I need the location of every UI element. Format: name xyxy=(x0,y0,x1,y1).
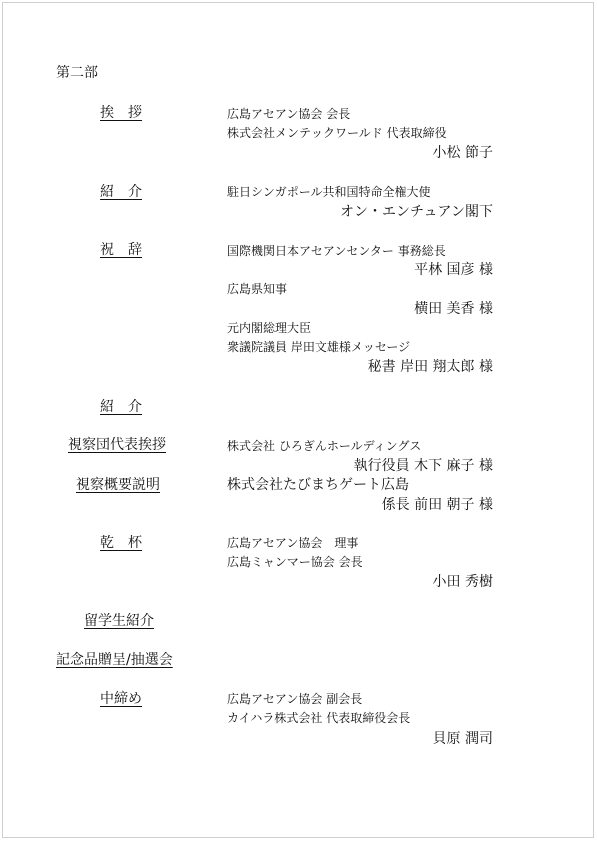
program-label-gift-lottery: 記念品贈呈/抽選会 xyxy=(56,653,173,667)
speaker-name: 横田 美香 様 xyxy=(414,302,493,316)
speaker-affiliation: 株式会社たびまちゲート広島 xyxy=(227,478,409,492)
program-label-congratulatory-address: 祝 辞 xyxy=(100,243,142,257)
speaker-affiliation: 広島アセアン協会 理事 xyxy=(227,537,358,549)
section-title: 第二部 xyxy=(56,66,98,80)
program-label-tour-overview: 視察概要説明 xyxy=(76,478,160,492)
speaker-affiliation: 広島県知事 xyxy=(227,283,287,295)
speaker-affiliation: 元内閣総理大臣 xyxy=(227,322,311,334)
program-label-introduction: 紹 介 xyxy=(100,185,142,199)
speaker-name: 小田 秀樹 xyxy=(433,575,493,589)
speaker-name: 秘書 岸田 翔太郎 様 xyxy=(368,360,493,374)
program-label-delegation-greeting: 視察団代表挨拶 xyxy=(68,438,166,452)
speaker-affiliation: 衆議院議員 岸田文雄様メッセージ xyxy=(227,341,410,353)
program-label-greeting: 挨 拶 xyxy=(100,106,142,120)
speaker-affiliation: 広島ミャンマー協会 会長 xyxy=(227,556,363,568)
program-label-introduction: 紹 介 xyxy=(100,400,142,414)
speaker-affiliation: 株式会社 ひろぎんホールディングス xyxy=(227,440,421,452)
speaker-name: 平林 国彦 様 xyxy=(414,263,493,277)
speaker-name: オン・エンチュアン閣下 xyxy=(340,205,493,219)
speaker-affiliation: カイハラ株式会社 代表取締役会長 xyxy=(227,712,410,724)
speaker-affiliation: 国際機関日本アセアンセンター 事務総長 xyxy=(227,245,446,257)
program-label-closing: 中締め xyxy=(100,692,142,706)
speaker-name: 執行役員 木下 麻子 様 xyxy=(354,459,493,473)
speaker-name: 小松 節子 xyxy=(433,146,493,160)
program-label-student-introduction: 留学生紹介 xyxy=(84,614,154,628)
speaker-affiliation: 広島アセアン協会 会長 xyxy=(227,108,350,120)
speaker-affiliation: 株式会社メンテックワールド 代表取締役 xyxy=(227,127,447,139)
speaker-affiliation: 駐日シンガポール共和国特命全権大使 xyxy=(227,186,430,198)
program-label-toast: 乾 杯 xyxy=(100,536,142,550)
speaker-affiliation: 広島アセアン協会 副会長 xyxy=(227,693,362,705)
speaker-name: 貝原 潤司 xyxy=(433,732,493,746)
speaker-name: 係長 前田 朝子 様 xyxy=(382,498,493,512)
